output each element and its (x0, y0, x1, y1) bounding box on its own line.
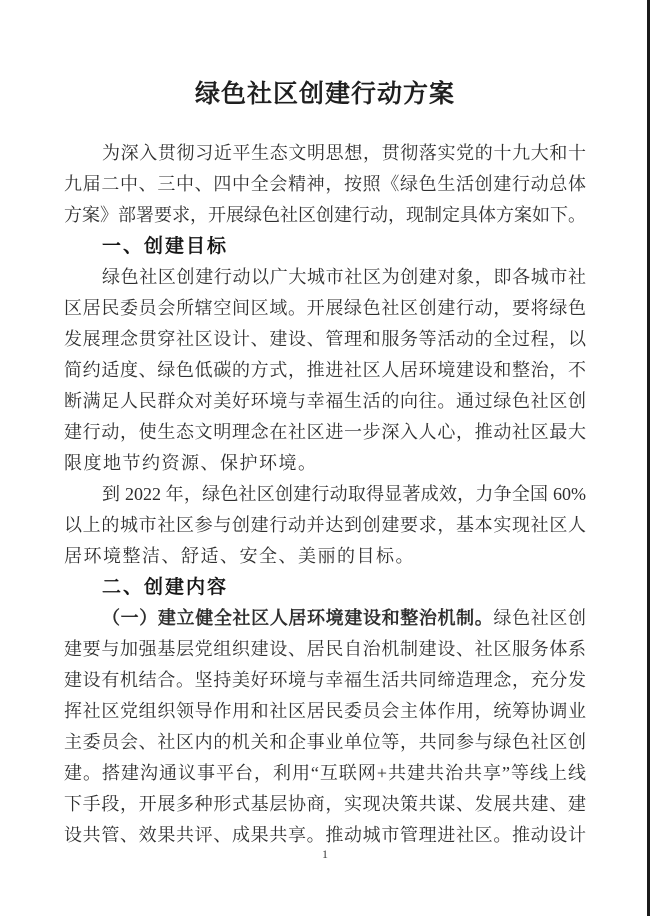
text-line: 方案》部署要求，开展绿色社区创建行动，现制定具体方案如下。 (64, 200, 586, 231)
text-line: 建要与加强基层党组织建设、居民自治机制建设、社区服务体系 (64, 634, 586, 665)
document-title: 绿色社区创建行动方案 (0, 74, 650, 110)
text-line: 建设有机结合。坚持美好环境与幸福生活共同缔造理念，充分发 (64, 665, 586, 696)
text-line: 下手段，开展多种形式基层协商，实现决策共谋、发展共建、建 (64, 789, 586, 820)
text-line: 绿色社区创建行动以广大城市社区为创建对象，即各城市社 (64, 262, 586, 293)
text-line: 区居民委员会所辖空间区域。开展绿色社区创建行动，要将绿色 (64, 293, 586, 324)
bold-lead-text: （一）建立健全社区人居环境建设和整治机制。 (102, 608, 493, 628)
section-heading: 一、创建目标 (64, 231, 586, 262)
text-line: 限度地节约资源、保护环境。 (64, 448, 586, 479)
text-line: （一）建立健全社区人居环境建设和整治机制。绿色社区创 (64, 603, 586, 634)
document-page: 绿色社区创建行动方案 为深入贯彻习近平生态文明思想，贯彻落实党的十九大和十九届二… (0, 0, 650, 916)
text-line: 以上的城市社区参与创建行动并达到创建要求，基本实现社区人 (64, 510, 586, 541)
text-line: 到 2022 年，绿色社区创建行动取得显著成效，力争全国 60% (64, 479, 586, 510)
text-line: 主委员会、社区内的机关和企事业单位等，共同参与绿色社区创 (64, 727, 586, 758)
text-line: 发展理念贯穿社区设计、建设、管理和服务等活动的全过程，以 (64, 324, 586, 355)
text-line: 为深入贯彻习近平生态文明思想，贯彻落实党的十九大和十 (64, 138, 586, 169)
text-line: 建。搭建沟通议事平台，利用“互联网+共建共治共享”等线上线 (64, 758, 586, 789)
text-line: 挥社区党组织领导作用和社区居民委员会主体作用，统筹协调业 (64, 696, 586, 727)
text-line: 简约适度、绿色低碳的方式，推进社区人居环境建设和整治，不 (64, 355, 586, 386)
text-line: 居环境整洁、舒适、安全、美丽的目标。 (64, 541, 586, 572)
page-number: 1 (0, 846, 650, 862)
text-line: 建行动，使生态文明理念在社区进一步深入人心，推动社区最大 (64, 417, 586, 448)
text-line: 断满足人民群众对美好环境与幸福生活的向往。通过绿色社区创 (64, 386, 586, 417)
document-body: 为深入贯彻习近平生态文明思想，贯彻落实党的十九大和十九届二中、三中、四中全会精神… (64, 138, 586, 851)
section-heading: 二、创建内容 (64, 572, 586, 603)
text-line: 九届二中、三中、四中全会精神，按照《绿色生活创建行动总体 (64, 169, 586, 200)
